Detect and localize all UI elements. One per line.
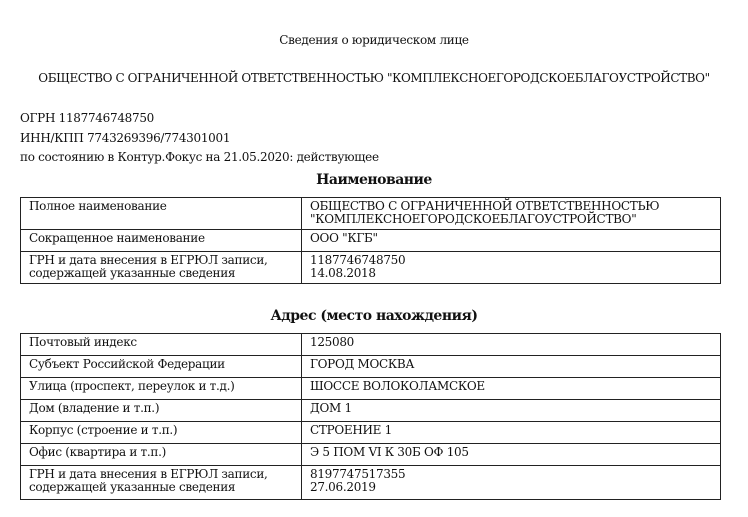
row-label: ГРН и дата внесения в ЕГРЮЛ записи, соде… [21,466,302,500]
inn-kpp-line: ИНН/КПП 7743269396/774301001 [20,129,379,149]
status-line: по состоянию в Контур.Фокус на 21.05.202… [20,148,379,168]
table-row: Офис (квартира и т.п.) Э 5 ПОМ VI К 30Б … [21,444,721,466]
table-row: Улица (проспект, переулок и т.д.) ШОССЕ … [21,378,721,400]
naming-table: Полное наименование ОБЩЕСТВО С ОГРАНИЧЕН… [20,197,721,284]
row-label: Сокращенное наименование [21,230,302,252]
table-row: ГРН и дата внесения в ЕГРЮЛ записи, соде… [21,252,721,284]
table-row: ГРН и дата внесения в ЕГРЮЛ записи, соде… [21,466,721,500]
table-row: Субъект Российской Федерации ГОРОД МОСКВ… [21,356,721,378]
row-label: Дом (владение и т.п.) [21,400,302,422]
table-row: Сокращенное наименование ООО "КГБ" [21,230,721,252]
table-row: Дом (владение и т.п.) ДОМ 1 [21,400,721,422]
row-label: Офис (квартира и т.п.) [21,444,302,466]
row-label: Полное наименование [21,198,302,230]
row-value: СТРОЕНИЕ 1 [302,422,721,444]
row-value: ШОССЕ ВОЛОКОЛАМСКОЕ [302,378,721,400]
row-value: 125080 [302,334,721,356]
row-label: ГРН и дата внесения в ЕГРЮЛ записи, соде… [21,252,302,284]
ogrn-line: ОГРН 1187746748750 [20,109,379,129]
row-label: Почтовый индекс [21,334,302,356]
row-label: Корпус (строение и т.п.) [21,422,302,444]
row-value: 1187746748750 14.08.2018 [302,252,721,284]
row-label: Улица (проспект, переулок и т.д.) [21,378,302,400]
table-row: Почтовый индекс 125080 [21,334,721,356]
row-value: 8197747517355 27.06.2019 [302,466,721,500]
section-title-address: Адрес (место нахождения) [0,308,748,324]
company-meta: ОГРН 1187746748750 ИНН/КПП 7743269396/77… [20,109,379,168]
table-row: Полное наименование ОБЩЕСТВО С ОГРАНИЧЕН… [21,198,721,230]
company-full-name-heading: ОБЩЕСТВО С ОГРАНИЧЕННОЙ ОТВЕТСТВЕННОСТЬЮ… [0,71,748,85]
table-row: Корпус (строение и т.п.) СТРОЕНИЕ 1 [21,422,721,444]
row-value: Э 5 ПОМ VI К 30Б ОФ 105 [302,444,721,466]
row-value: ОБЩЕСТВО С ОГРАНИЧЕННОЙ ОТВЕТСТВЕННОСТЬЮ… [302,198,721,230]
row-value: ДОМ 1 [302,400,721,422]
address-table: Почтовый индекс 125080 Субъект Российско… [20,333,721,500]
row-value: ООО "КГБ" [302,230,721,252]
document-title: Сведения о юридическом лице [0,33,748,47]
row-value: ГОРОД МОСКВА [302,356,721,378]
section-title-naming: Наименование [0,172,748,188]
row-label: Субъект Российской Федерации [21,356,302,378]
